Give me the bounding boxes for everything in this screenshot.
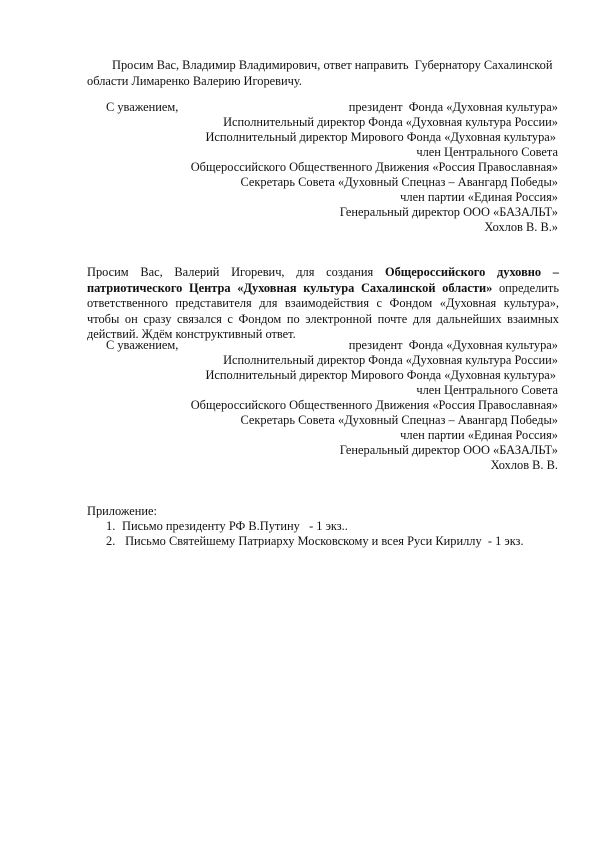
attachment-num-2: 2.: [106, 534, 115, 549]
letter1-sig-1: Исполнительный директор Фонда «Духовная …: [223, 115, 558, 130]
attachment-text-1: Письмо президенту РФ В.Путину - 1 экз..: [122, 519, 348, 534]
letter1-sig-3: член Центрального Совета: [416, 145, 558, 160]
letter2-sig-3: член Центрального Совета: [416, 383, 558, 398]
attachment-text-2: Письмо Святейшему Патриарху Московскому …: [122, 534, 524, 549]
letter1-sig-4: Общероссийского Общественного Движения «…: [191, 160, 558, 175]
letter1-sig-7: Генеральный директор ООО «БАЗАЛЬТ»: [340, 205, 558, 220]
letter1-sig-6: член партии «Единая Россия»: [400, 190, 558, 205]
letter2-paragraph: Просим Вас, Валерий Игоревич, для создан…: [87, 265, 559, 343]
attachment-num-1: 1.: [106, 519, 115, 534]
attachments-heading: Приложение:: [87, 504, 157, 519]
letter1-sig-8: Хохлов В. В.»: [484, 220, 558, 235]
letter1-sig-5: Секретарь Совета «Духовный Спецназ – Ава…: [240, 175, 558, 190]
document-page: Просим Вас, Владимир Владимирович, ответ…: [0, 0, 601, 850]
letter2-intro: Просим Вас, Валерий Игоревич, для создан…: [87, 265, 385, 279]
letter1-sig-2: Исполнительный директор Мирового Фонда «…: [205, 130, 556, 145]
letter2-closing: С уважением,: [106, 338, 178, 353]
letter2-sig-8: Хохлов В. В.: [491, 458, 558, 473]
letter2-sig-2: Исполнительный директор Мирового Фонда «…: [205, 368, 556, 383]
letter2-sig-0: президент Фонда «Духовная культура»: [349, 338, 558, 353]
letter1-closing: С уважением,: [106, 100, 178, 115]
letter2-sig-5: Секретарь Совета «Духовный Спецназ – Ава…: [240, 413, 558, 428]
letter2-sig-6: член партии «Единая Россия»: [400, 428, 558, 443]
letter1-sig-0: президент Фонда «Духовная культура»: [349, 100, 558, 115]
letter1-line2: области Лимаренко Валерию Игоревичу.: [87, 74, 302, 89]
letter2-sig-7: Генеральный директор ООО «БАЗАЛЬТ»: [340, 443, 558, 458]
letter1-line1: Просим Вас, Владимир Владимирович, ответ…: [112, 58, 552, 73]
letter2-sig-4: Общероссийского Общественного Движения «…: [191, 398, 558, 413]
letter2-sig-1: Исполнительный директор Фонда «Духовная …: [223, 353, 558, 368]
